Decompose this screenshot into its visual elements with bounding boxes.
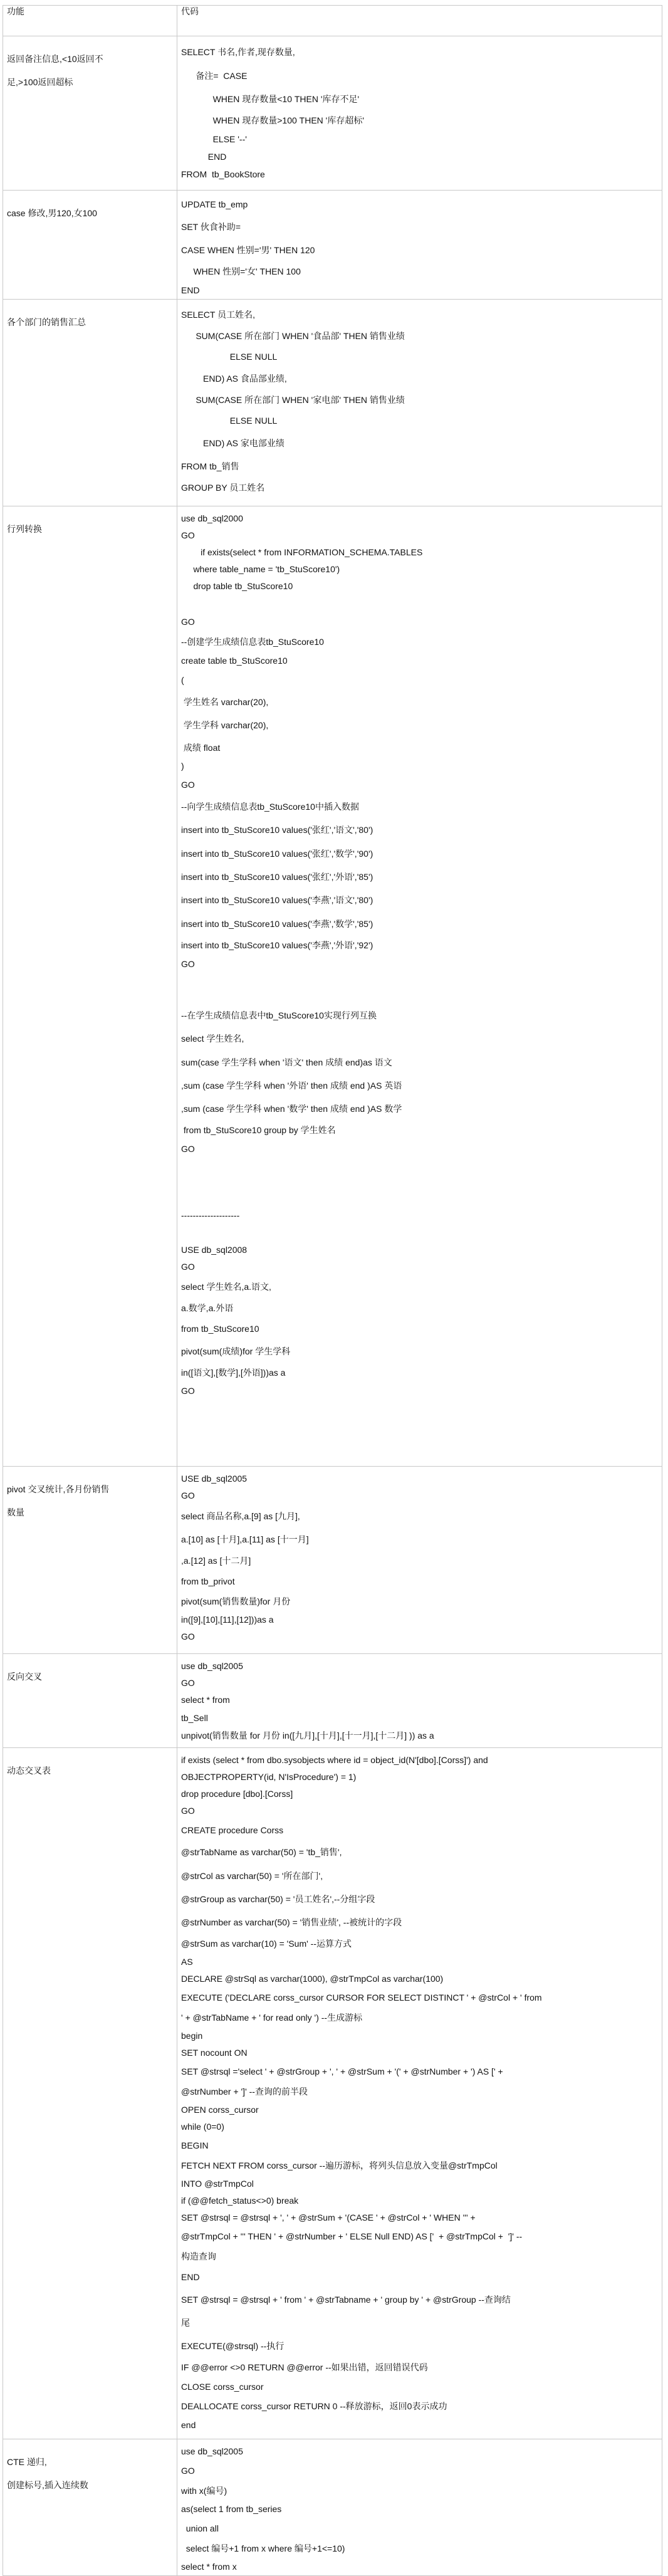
code-line: union all — [181, 2518, 658, 2539]
code-line: GO — [181, 1803, 658, 1819]
code-cell: if exists (select * from dbo.sysobjects … — [177, 1748, 662, 2439]
code-line: -------------------- — [181, 1207, 658, 1224]
code-line: SET 伙食补助= — [181, 215, 658, 239]
code-line: pivot(sum(销售数量)for 月份 — [181, 1592, 658, 1611]
code-line: EXECUTE ('DECLARE corss_cursor CURSOR FO… — [181, 1987, 658, 2008]
code-line: with x(编号) — [181, 2481, 658, 2501]
code-line: FETCH NEXT FROM corss_cursor --遍历游标，将列头信… — [181, 2156, 658, 2175]
code-line: insert into tb_StuScore10 values('张红','数… — [181, 842, 658, 866]
code-line: select 商品名称,a.[9] as [九月], — [181, 1504, 658, 1528]
code-cell: USE db_sql2005GOselect 商品名称,a.[9] as [九月… — [177, 1467, 662, 1654]
code-line: GO — [181, 1140, 658, 1158]
feature-text: 动态交叉表 — [7, 1759, 173, 1783]
code-line: if exists (select * from dbo.sysobjects … — [181, 1752, 658, 1769]
feature-cell: CTE 递归,创建标号,插入连续数 — [3, 2439, 177, 2576]
code-line: insert into tb_StuScore10 values('李燕','语… — [181, 889, 658, 912]
code-line: 构造查询 — [181, 2247, 658, 2266]
code-line: END) AS 食品部业绩, — [181, 367, 658, 390]
code-line: use db_sql2005 — [181, 1658, 658, 1675]
feature-text: 各个部门的销售汇总 — [7, 311, 173, 334]
code-cell: use db_sql2005GOwith x(编号)as(select 1 fr… — [177, 2439, 662, 2576]
code-line: WHEN 现存数量>100 THEN '库存超标' — [181, 111, 658, 130]
code-line: USE db_sql2008 — [181, 1242, 658, 1259]
code-line: OBJECTPROPERTY(id, N'IsProcedure') = 1) — [181, 1769, 658, 1786]
code-line: @strCol as varchar(50) = '所在部门', — [181, 1864, 658, 1888]
code-line: DEALLOCATE corss_cursor RETURN 0 --释放游标，… — [181, 2397, 658, 2416]
code-line: 备注= CASE — [181, 64, 658, 88]
feature-text: CTE 递归, — [7, 2451, 173, 2474]
code-line: WHEN 性别='女' THEN 100 — [181, 262, 658, 281]
code-line: select 编号+1 from x where 编号+1<=10) — [181, 2539, 658, 2558]
code-line: pivot(sum(成绩)for 学生学科 — [181, 1339, 658, 1363]
code-line: begin — [181, 2028, 658, 2045]
table-row: 返回备注信息,<10返回不足,>100返回超标SELECT 书名,作者,现存数量… — [3, 36, 662, 191]
sql-reference-table: 功能 代码 返回备注信息,<10返回不足,>100返回超标SELECT 书名,作… — [3, 5, 662, 2576]
code-line: @strNumber + ']' --查询的前半段 — [181, 2082, 658, 2102]
code-line: ELSE '--' — [181, 130, 658, 148]
code-line: GO — [181, 527, 658, 544]
feature-cell: 各个部门的销售汇总 — [3, 300, 177, 506]
code-line: use db_sql2005 — [181, 2443, 658, 2460]
code-line — [181, 1224, 658, 1242]
code-cell: UPDATE tb_empSET 伙食补助=CASE WHEN 性别='男' T… — [177, 191, 662, 300]
code-line: 学生学科 varchar(20), — [181, 714, 658, 737]
feature-text: 返回备注信息,<10返回不 — [7, 48, 173, 71]
code-line: as(select 1 from tb_series — [181, 2501, 658, 2518]
header-feature: 功能 — [3, 6, 177, 36]
code-line: in([语文],[数学],[外语]))as a — [181, 1363, 658, 1382]
code-line: GO — [181, 1259, 658, 1275]
code-line: BEGIN — [181, 2135, 658, 2156]
code-line: END) AS 家电部业绩 — [181, 431, 658, 455]
feature-cell: 动态交叉表 — [3, 1748, 177, 2439]
code-line: drop table tb_StuScore10 — [181, 578, 658, 595]
code-cell: use db_sql2000GO if exists(select * from… — [177, 506, 662, 1467]
code-line: ,sum (case 学生学科 when '数学' then 成绩 end )A… — [181, 1097, 658, 1121]
code-line: CREATE procedure Corss — [181, 1819, 658, 1841]
code-line: if (@@fetch_status<>0) break — [181, 2192, 658, 2209]
code-line: WHEN 现存数量<10 THEN '库存不足' — [181, 88, 658, 111]
code-cell: use db_sql2005GOselect * fromtb_Sellunpi… — [177, 1654, 662, 1748]
feature-text: 创建标号,插入连续数 — [7, 2474, 173, 2497]
code-line: @strSum as varchar(10) = 'Sum' --运算方式 — [181, 1934, 658, 1954]
code-line: sum(case 学生学科 when '语文' then 成绩 end)as 语… — [181, 1050, 658, 1074]
feature-text: 反向交叉 — [7, 1665, 173, 1689]
code-line: END — [181, 2266, 658, 2288]
feature-text: pivot 交叉统计,各月份销售 — [7, 1478, 173, 1501]
code-line: if exists(select * from INFORMATION_SCHE… — [181, 544, 658, 561]
code-line: DECLARE @strSql as varchar(1000), @strTm… — [181, 1971, 658, 1987]
code-line: SET nocount ON — [181, 2045, 658, 2061]
code-line: SET @strsql = @strsql + ' from ' + @strT… — [181, 2288, 658, 2312]
code-line: from tb_privot — [181, 1571, 658, 1592]
table-row: CTE 递归,创建标号,插入连续数use db_sql2005GOwith x(… — [3, 2439, 662, 2576]
code-line — [181, 973, 658, 1004]
code-line: use db_sql2000 — [181, 510, 658, 527]
code-line: ELSE NULL — [181, 410, 658, 431]
code-line: ) — [181, 758, 658, 774]
code-line: GO — [181, 1382, 658, 1400]
code-line: USE db_sql2005 — [181, 1470, 658, 1487]
code-line: unpivot(销售数量 for 月份 in([九月],[十月],[十一月],[… — [181, 1727, 658, 1744]
code-line: CASE WHEN 性别='男' THEN 120 — [181, 239, 658, 262]
code-line: SET @strsql ='select ' + @strGroup + ', … — [181, 2061, 658, 2082]
code-line: FROM tb_BookStore — [181, 165, 658, 183]
code-line: END — [181, 148, 658, 165]
code-line: 尾 — [181, 2312, 658, 2335]
code-line: GO — [181, 1628, 658, 1645]
code-line: a.[10] as [十月],a.[11] as [十一月] — [181, 1528, 658, 1551]
table-row: 各个部门的销售汇总SELECT 员工姓名, SUM(CASE 所在部门 WHEN… — [3, 300, 662, 506]
table-row: case 修改,男120,女100UPDATE tb_empSET 伙食补助=C… — [3, 191, 662, 300]
code-line: SELECT 员工姓名, — [181, 303, 658, 327]
code-line: --在学生成绩信息表中tb_StuScore10实现行列互换 — [181, 1004, 658, 1027]
code-line: end — [181, 2416, 658, 2434]
code-line: @strNumber as varchar(50) = '销售业绩', --被统… — [181, 1911, 658, 1934]
code-line: ,sum (case 学生学科 when '外语' then 成绩 end )A… — [181, 1074, 658, 1097]
code-line: ELSE NULL — [181, 346, 658, 367]
code-line: insert into tb_StuScore10 values('张红','外… — [181, 866, 658, 889]
code-line: create table tb_StuScore10 — [181, 652, 658, 669]
code-line: SELECT 书名,作者,现存数量, — [181, 40, 658, 64]
code-line: GO — [181, 955, 658, 973]
code-line: select 学生姓名, — [181, 1027, 658, 1050]
code-line: ,a.[12] as [十二月] — [181, 1551, 658, 1571]
code-line: @strGroup as varchar(50) = '员工姓名',--分组字段 — [181, 1888, 658, 1911]
code-line: insert into tb_StuScore10 values('李燕','数… — [181, 912, 658, 936]
code-line: from tb_StuScore10 — [181, 1318, 658, 1339]
code-line — [181, 595, 658, 611]
table-row: 行列转换use db_sql2000GO if exists(select * … — [3, 506, 662, 1467]
code-line: FROM tb_销售 — [181, 455, 658, 478]
table-row: 反向交叉use db_sql2005GOselect * fromtb_Sell… — [3, 1654, 662, 1748]
code-line: drop procedure [dbo].[Corss] — [181, 1786, 658, 1803]
code-line — [181, 1158, 658, 1207]
code-line: select * from x — [181, 2558, 658, 2575]
code-line: SET @strsql = @strsql + ', ' + @strSum +… — [181, 2209, 658, 2226]
code-line: tb_Sell — [181, 1709, 658, 1727]
code-line: where table_name = 'tb_StuScore10') — [181, 561, 658, 578]
code-cell: SELECT 员工姓名, SUM(CASE 所在部门 WHEN '食品部' TH… — [177, 300, 662, 506]
code-line: GO — [181, 1675, 658, 1692]
table-row: pivot 交叉统计,各月份销售数量USE db_sql2005GOselect… — [3, 1467, 662, 1654]
feature-cell: 行列转换 — [3, 506, 177, 1467]
code-line: in([9],[10],[11],[12]))as a — [181, 1611, 658, 1628]
code-line: from tb_StuScore10 group by 学生姓名 — [181, 1121, 658, 1140]
code-line: @strTmpCol + ''' THEN ' + @strNumber + '… — [181, 2226, 658, 2247]
feature-text: 足,>100返回超标 — [7, 71, 173, 94]
code-line: 成绩 float — [181, 737, 658, 758]
code-cell: SELECT 书名,作者,现存数量, 备注= CASE WHEN 现存数量<10… — [177, 36, 662, 191]
code-line: 学生姓名 varchar(20), — [181, 691, 658, 714]
code-line: ( — [181, 669, 658, 691]
code-line: insert into tb_StuScore10 values('张红','语… — [181, 819, 658, 842]
code-line: GO — [181, 1487, 658, 1504]
feature-text: case 修改,男120,女100 — [7, 202, 173, 225]
code-line: CLOSE corss_cursor — [181, 2377, 658, 2397]
code-line: --向学生成绩信息表tb_StuScore10中插入数据 — [181, 795, 658, 819]
code-line: INTO @strTmpCol — [181, 2175, 658, 2192]
feature-cell: 反向交叉 — [3, 1654, 177, 1748]
feature-cell: pivot 交叉统计,各月份销售数量 — [3, 1467, 177, 1654]
header-code: 代码 — [177, 6, 662, 36]
code-line: select * from — [181, 1692, 658, 1709]
code-line: IF @@error <>0 RETURN @@error --如果出错，返回错… — [181, 2358, 658, 2377]
code-line: UPDATE tb_emp — [181, 194, 658, 215]
feature-cell: case 修改,男120,女100 — [3, 191, 177, 300]
code-line: select 学生姓名,a.语文, — [181, 1275, 658, 1299]
code-line: END — [181, 281, 658, 299]
code-line: GROUP BY 员工姓名 — [181, 478, 658, 497]
code-line: GO — [181, 2460, 658, 2481]
code-line: ' + @strTabName + ' for read only ') --生… — [181, 2008, 658, 2028]
code-line: EXECUTE(@strsql) --执行 — [181, 2335, 658, 2358]
code-line: @strTabName as varchar(50) = 'tb_销售', — [181, 1841, 658, 1864]
table-header-row: 功能 代码 — [3, 6, 662, 36]
table-row: 动态交叉表if exists (select * from dbo.sysobj… — [3, 1748, 662, 2439]
feature-text: 数量 — [7, 1501, 173, 1524]
code-line: AS — [181, 1954, 658, 1971]
feature-text: 行列转换 — [7, 518, 173, 541]
code-line: OPEN corss_cursor — [181, 2102, 658, 2118]
code-line: --创建学生成绩信息表tb_StuScore10 — [181, 632, 658, 652]
code-line: SUM(CASE 所在部门 WHEN '家电部' THEN 销售业绩 — [181, 390, 658, 410]
code-line: a.数学,a.外语 — [181, 1299, 658, 1318]
code-line: GO — [181, 611, 658, 632]
code-line: insert into tb_StuScore10 values('李燕','外… — [181, 936, 658, 955]
code-line: SUM(CASE 所在部门 WHEN '食品部' THEN 销售业绩 — [181, 327, 658, 346]
code-line: while (0=0) — [181, 2118, 658, 2135]
code-line: GO — [181, 774, 658, 795]
feature-cell: 返回备注信息,<10返回不足,>100返回超标 — [3, 36, 177, 191]
